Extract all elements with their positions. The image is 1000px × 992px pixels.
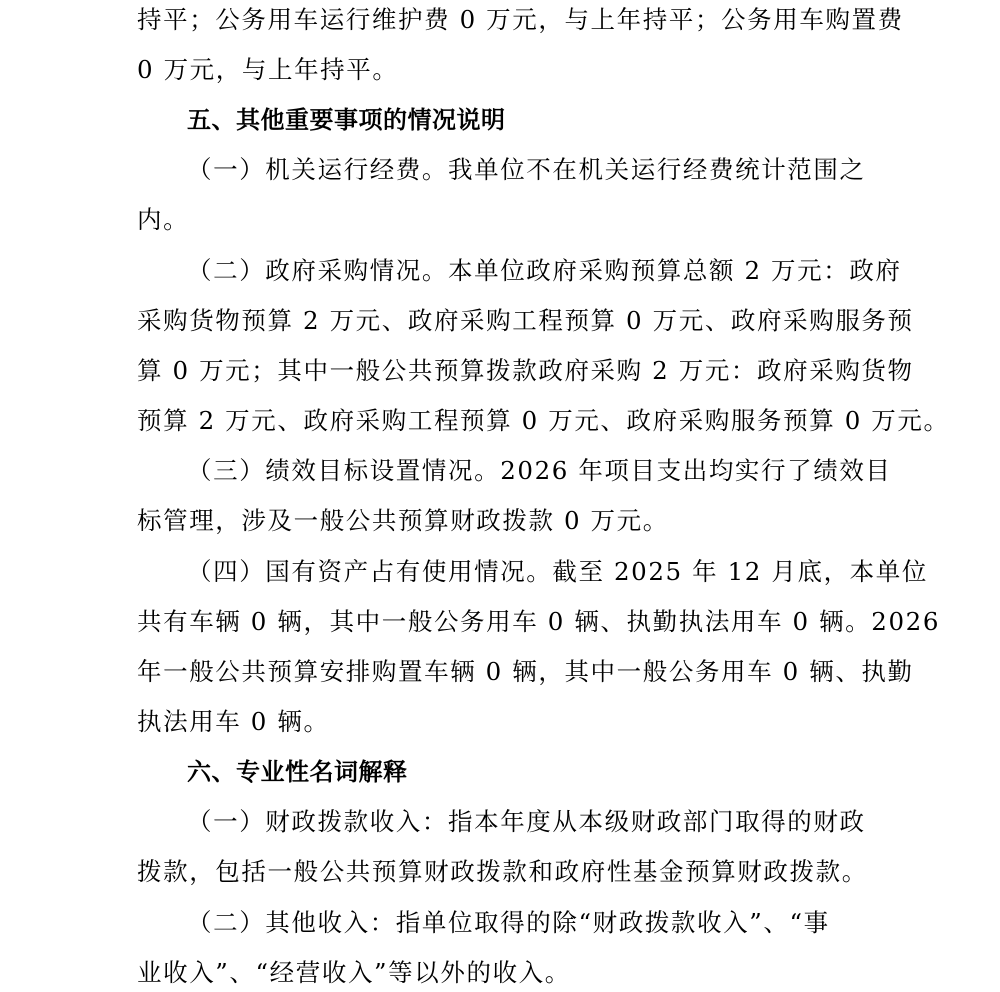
- body-line: 算 0 万元；其中一般公共预算拨款政府采购 2 万元：政府采购货物: [137, 356, 914, 386]
- paragraph-other-income: （二）其他收入：指单位取得的除“财政拨款收入”、“事: [187, 908, 830, 938]
- paragraph-performance-goals: （三）绩效目标设置情况。2026 年项目支出均实行了绩效目: [187, 456, 892, 486]
- body-line: 执法用车 0 辆。: [137, 707, 330, 737]
- paragraph-fiscal-appropriation-income: （一）财政拨款收入：指本年度从本级财政部门取得的财政: [187, 807, 866, 837]
- body-line: 0 万元，与上年持平。: [137, 55, 398, 85]
- body-line: 预算 2 万元、政府采购工程预算 0 万元、政府采购服务预算 0 万元。: [137, 406, 950, 436]
- paragraph-state-assets: （四）国有资产占有使用情况。截至 2025 年 12 月底，本单位: [187, 557, 928, 587]
- body-line: 持平；公务用车运行维护费 0 万元，与上年持平；公务用车购置费: [137, 5, 904, 35]
- paragraph-government-procurement: （二）政府采购情况。本单位政府采购预算总额 2 万元：政府: [187, 256, 902, 286]
- body-line: 业收入”、“经营收入”等以外的收入。: [137, 958, 571, 988]
- body-line: 共有车辆 0 辆，其中一般公务用车 0 辆、执勤执法用车 0 辆。2026: [137, 607, 940, 637]
- section-heading-glossary: 六、专业性名词解释: [187, 757, 408, 787]
- body-line: 拨款，包括一般公共预算财政拨款和政府性基金预算财政拨款。: [137, 857, 868, 887]
- section-heading-other-matters: 五、其他重要事项的情况说明: [187, 105, 506, 135]
- body-line: 标管理，涉及一般公共预算财政拨款 0 万元。: [137, 506, 669, 536]
- document-page: 持平；公务用车运行维护费 0 万元，与上年持平；公务用车购置费 0 万元，与上年…: [0, 0, 1000, 992]
- body-line: 内。: [137, 205, 189, 235]
- paragraph-operating-expenses: （一）机关运行经费。我单位不在机关运行经费统计范围之: [187, 155, 866, 185]
- body-line: 采购货物预算 2 万元、政府采购工程预算 0 万元、政府采购服务预: [137, 306, 914, 336]
- body-line: 年一般公共预算安排购置车辆 0 辆，其中一般公务用车 0 辆、执勤: [137, 657, 914, 687]
